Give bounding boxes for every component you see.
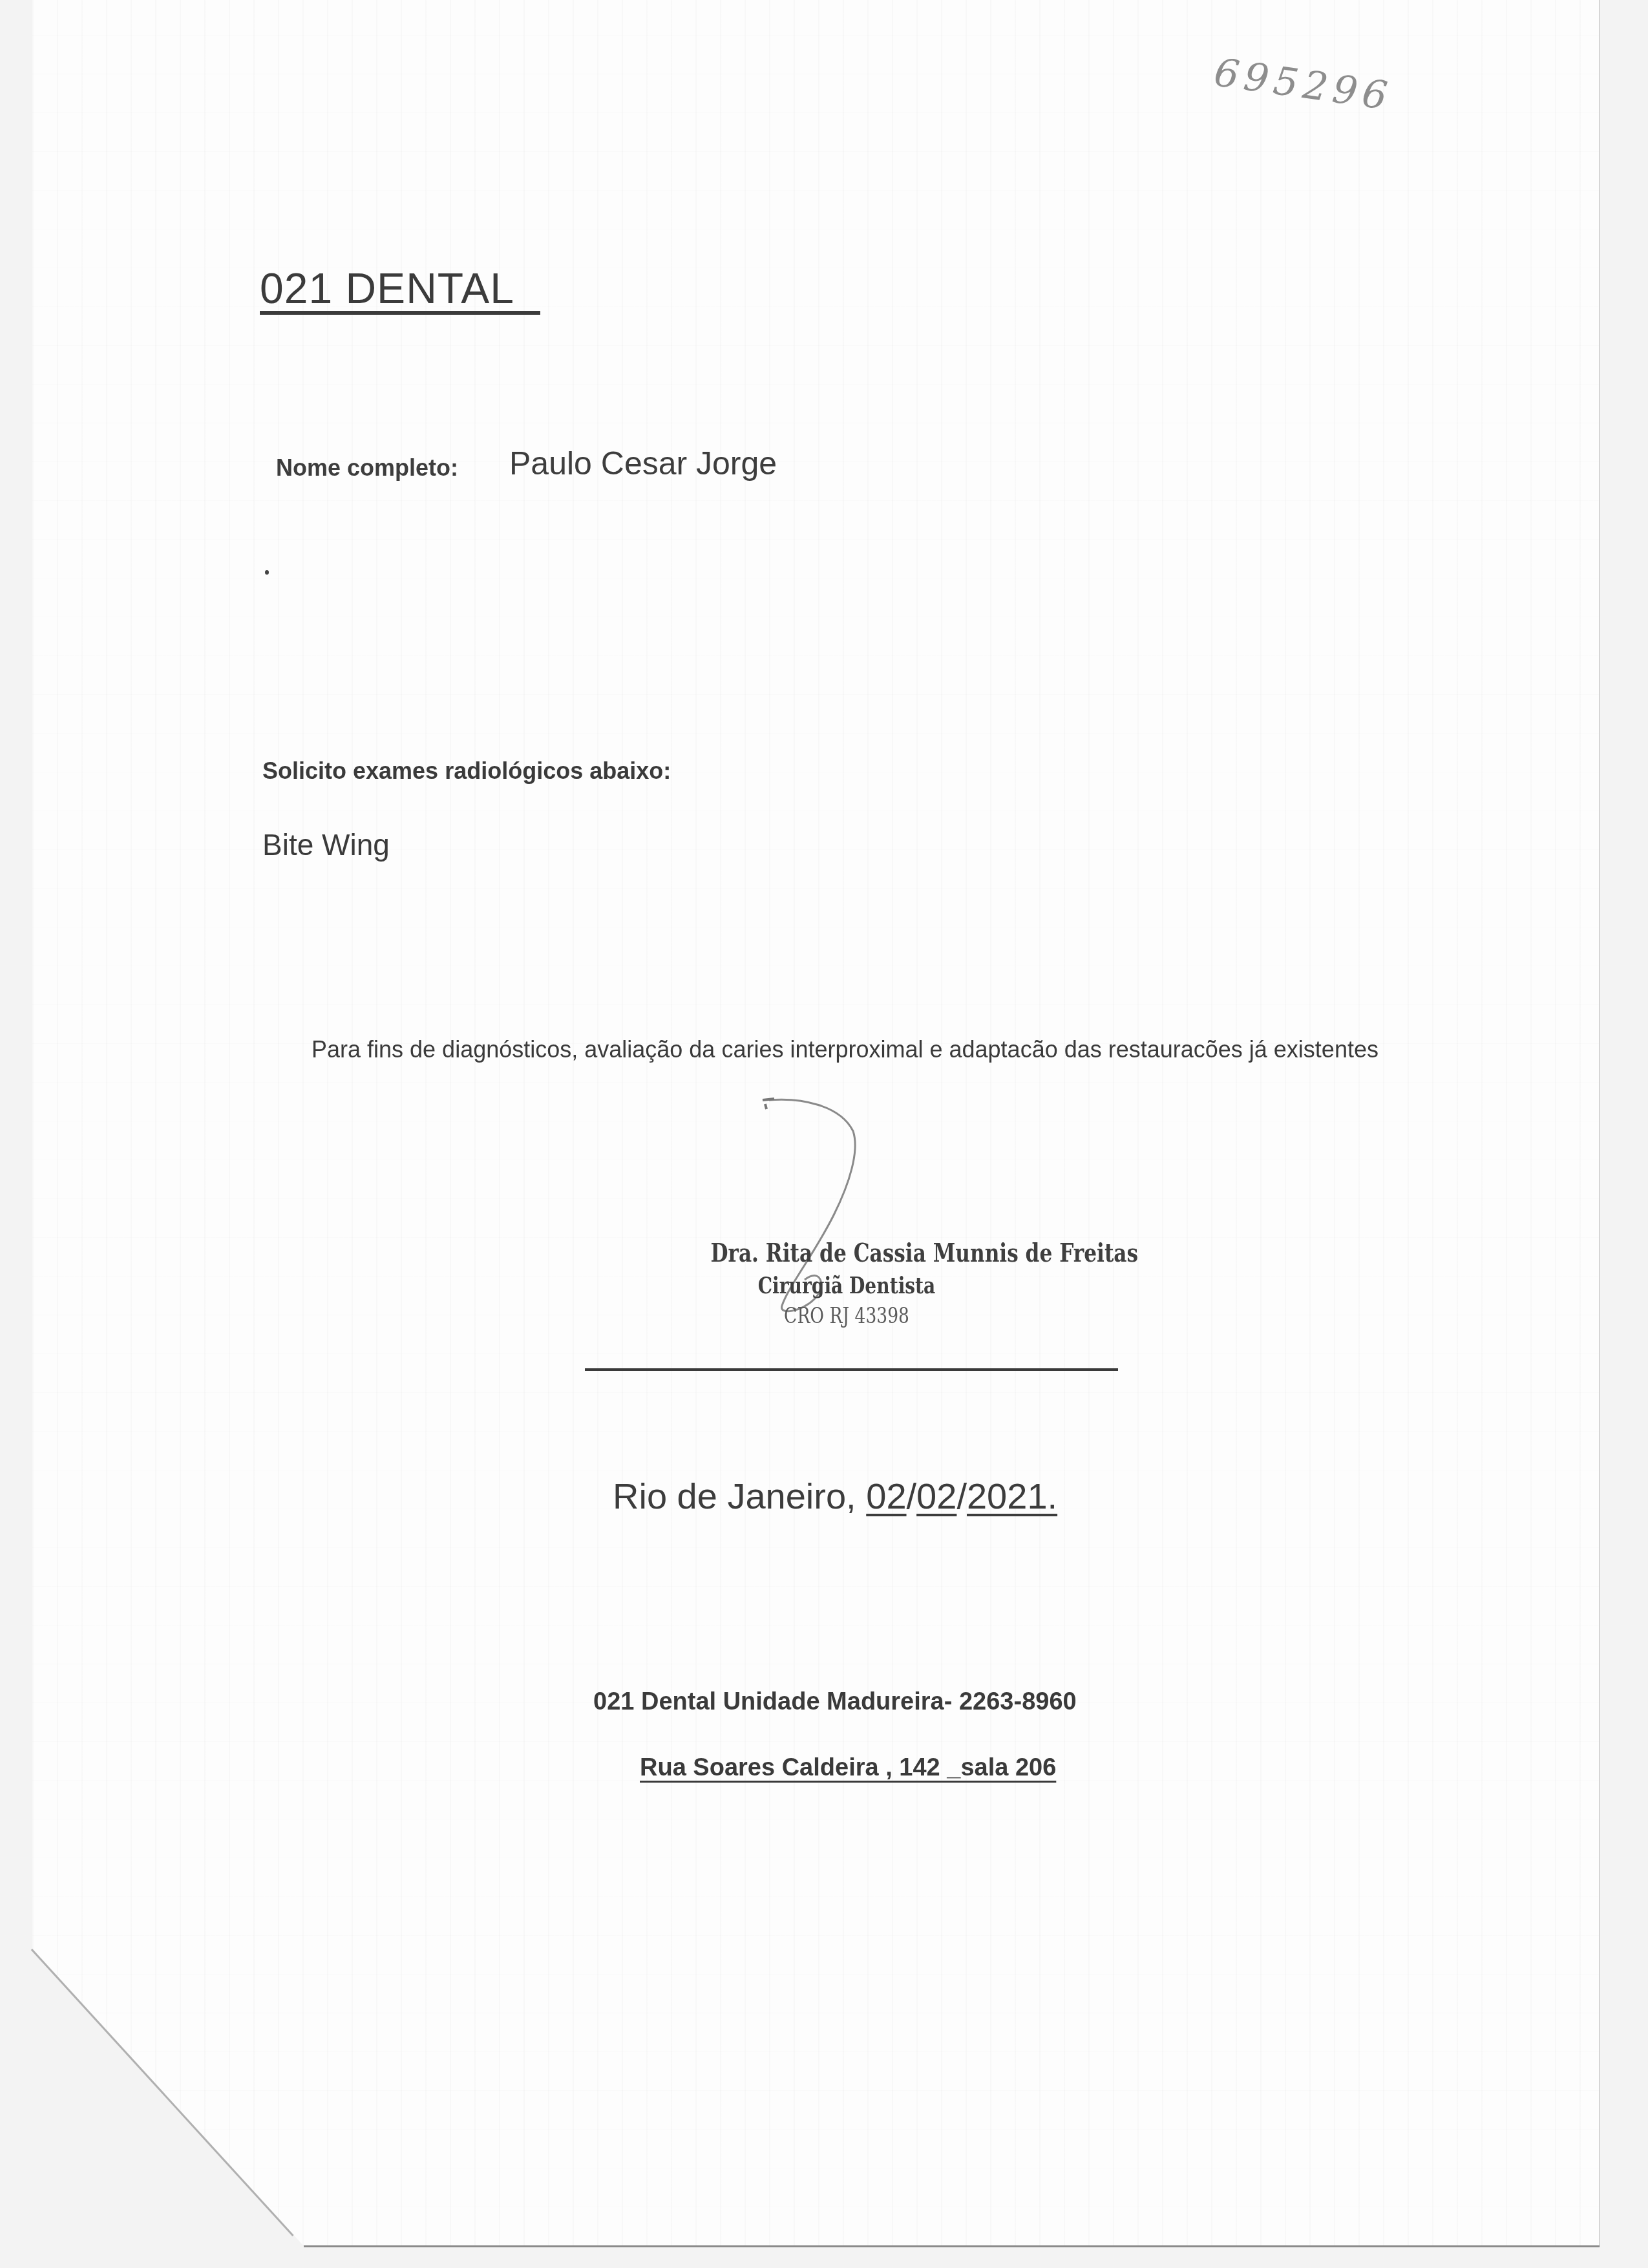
doctor-stamp: Dra. Rita de Cassia Munnis de Freitas Ci…	[672, 1238, 1021, 1329]
clinic-title: 021 DENTAL	[260, 266, 540, 315]
doctor-name: Dra. Rita de Cassia Munnis de Freitas	[710, 1238, 982, 1268]
exam-justification: Para fins de diagnósticos, avaliação da …	[262, 1028, 1387, 1072]
footer-address: Rua Soares Caldeira , 142 _sala 206	[640, 1754, 1056, 1782]
exam-request-label: Solicito exames radiológicos abaixo:	[262, 758, 671, 785]
date-line: Rio de Janeiro, 02/02/2021.	[613, 1475, 1057, 1517]
patient-name-value: Paulo Cesar Jorge	[509, 445, 777, 482]
date-year: 2021.	[967, 1476, 1057, 1516]
date-month: 02	[916, 1476, 956, 1516]
footer-unit-phone: 021 Dental Unidade Madureira- 2263-8960	[593, 1688, 1077, 1716]
signature-line	[585, 1368, 1118, 1371]
page-right-edge	[1599, 0, 1600, 2247]
stray-dot	[265, 570, 269, 575]
date-day: 02	[866, 1476, 906, 1516]
page-bottom-edge	[304, 2245, 1600, 2247]
date-city: Rio de Janeiro,	[613, 1476, 856, 1516]
doctor-title: Cirurgiã Dentista	[710, 1272, 982, 1299]
doctor-registration: CRO RJ 43398	[710, 1303, 982, 1329]
exam-name: Bite Wing	[262, 827, 390, 862]
patient-name-label: Nome completo:	[276, 454, 458, 482]
